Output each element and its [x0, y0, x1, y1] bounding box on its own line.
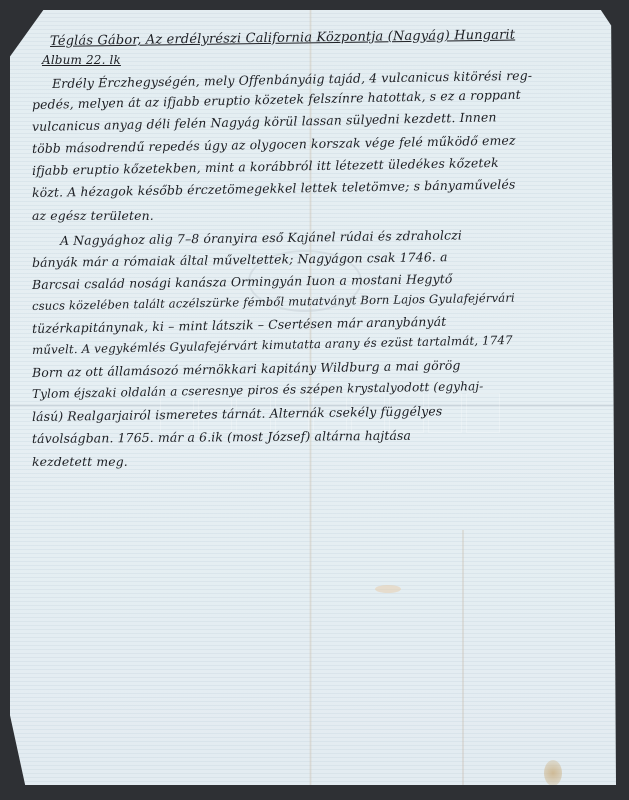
paragraph-2-line-7: Born az ott államásozó mérnökkari kapitá… — [32, 358, 461, 380]
crease-mark — [462, 530, 464, 785]
paragraph-2-line-10: távolságban. 1765. már a 6.ik (most Józs… — [32, 428, 411, 446]
paragraph-2-line-4: csucs közelében talált aczélszürke fémbő… — [32, 291, 515, 313]
paragraph-2-line-3: Barcsai család nosági kanásza Ormingyán … — [32, 271, 453, 292]
stain-spot — [544, 760, 562, 786]
paragraph-2-line-6: művelt. A vegykémlés Gyulafejérvárt kimu… — [32, 333, 513, 357]
paragraph-2-line-2: bányák már a rómaiak által műveltettek; … — [32, 249, 448, 270]
header-line-1: Téglás Gábor, Az erdélyrészi California … — [50, 28, 515, 49]
paragraph-2-line-11: kezdetett meg. — [32, 454, 128, 469]
paragraph-1-line-4: több másodrendű repedés úgy az olygocen … — [32, 133, 516, 156]
faint-stain — [375, 585, 401, 593]
paragraph-1-line-3: vulcanicus anyag déli felén Nagyág körül… — [32, 109, 497, 134]
paragraph-1-line-6: közt. A hézagok később érczetömegekkel l… — [32, 177, 516, 200]
manuscript-page: Téglás Gábor, Az erdélyrészi California … — [10, 10, 616, 785]
paragraph-2-line-5: tüzérkapitánynak, ki – mint látszik – Cs… — [32, 314, 447, 336]
paragraph-2-line-1: A Nagyághoz alig 7–8 óranyira eső Kajáne… — [60, 227, 462, 248]
header-line-2: Album 22. lk — [42, 53, 121, 67]
paragraph-1-line-5: ifjabb eruptio kőzetekben, mint a korább… — [32, 155, 499, 178]
paragraph-1-line-2: pedés, melyen át az ifjabb eruptio közet… — [32, 87, 521, 112]
scan-background: Téglás Gábor, Az erdélyrészi California … — [0, 0, 629, 800]
paragraph-1-line-7: az egész területen. — [32, 208, 154, 223]
